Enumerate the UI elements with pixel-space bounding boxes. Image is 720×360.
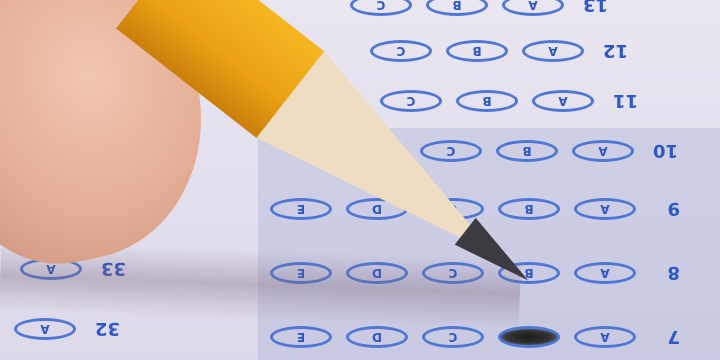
question-number: 13 (578, 0, 608, 16)
bubble-a[interactable]: A (574, 198, 636, 220)
bubble-a[interactable]: A (572, 140, 634, 162)
question-number: 12 (598, 41, 628, 62)
question-number: 11 (608, 91, 638, 112)
bubble-d[interactable]: D (346, 326, 408, 348)
bubble-b[interactable]: B (446, 40, 508, 62)
bubble-b[interactable]: B (496, 140, 558, 162)
bubble-c[interactable]: C (370, 40, 432, 62)
bubble-c[interactable]: C (422, 326, 484, 348)
bubble-e[interactable]: E (270, 198, 332, 220)
bubble-b[interactable]: B (456, 90, 518, 112)
question-row-12: 12 A B C (370, 40, 628, 62)
bubble-a[interactable]: A (502, 0, 564, 16)
bubble-a[interactable]: A (14, 318, 76, 340)
question-number: 32 (90, 319, 120, 340)
bubble-a[interactable]: A (532, 90, 594, 112)
bubble-a[interactable]: A (574, 326, 636, 348)
question-row-32: 32 A (14, 318, 120, 340)
question-number: 9 (650, 199, 680, 220)
bubble-e[interactable]: E (270, 326, 332, 348)
photo-scene: 13 A B C 12 A B C 11 A B C 10 A B C 9 A … (0, 0, 720, 360)
bubble-b[interactable]: B (426, 0, 488, 16)
bubble-c[interactable]: C (350, 0, 412, 16)
question-row-13: 13 A B C (350, 0, 608, 16)
question-number: 8 (650, 263, 680, 284)
question-row-11: 11 A B C (380, 90, 638, 112)
question-number: 10 (648, 141, 678, 162)
question-number: 7 (650, 327, 680, 348)
question-row-7: 7 A B C D E (270, 326, 680, 348)
bubble-a[interactable]: A (522, 40, 584, 62)
